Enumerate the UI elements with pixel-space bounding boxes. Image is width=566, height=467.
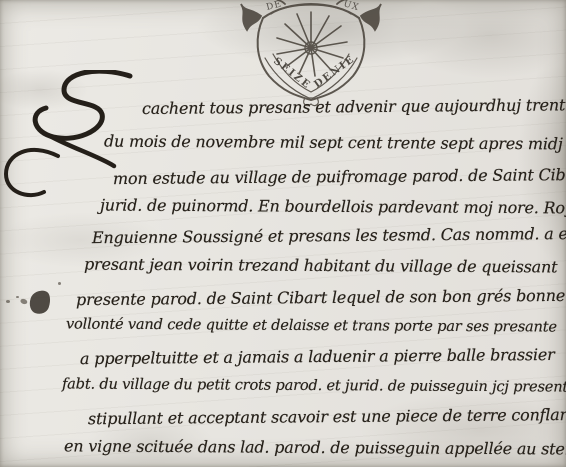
- stamp-top-left-text: DE: [265, 0, 283, 13]
- ink-speck: [58, 282, 61, 285]
- manuscript-page: DE UX SEIZE DENIE cachent tous presans e…: [0, 0, 566, 467]
- ink-speck: [6, 300, 10, 303]
- manuscript-line: mon estude au village de puifromage paro…: [113, 165, 566, 188]
- tax-stamp: DE UX SEIZE DENIE: [225, 0, 397, 110]
- manuscript-line: en vigne scituée dans lad. parod. de pui…: [64, 436, 566, 458]
- stamp-top-right-text: UX: [342, 0, 360, 13]
- manuscript-line: vollonté vand cede quitte et delaisse et…: [66, 316, 557, 336]
- manuscript-line: du mois de novembre mil sept cent trente…: [104, 132, 566, 154]
- ink-blot: [27, 287, 53, 316]
- manuscript-line: a pperpeltuitte et a jamais a laduenir a…: [80, 345, 555, 368]
- manuscript-line: Enguienne Soussigné et presans les tesmd…: [92, 224, 566, 247]
- manuscript-line: fabt. du village du petit crots parod. e…: [62, 375, 566, 395]
- manuscript-line: jurid. de puinormd. En bourdellois parde…: [100, 195, 566, 217]
- manuscript-line: presant jean voirin trezand habitant du …: [84, 255, 557, 277]
- manuscript-line: cachent tous presans et advenir que aujo…: [142, 95, 566, 118]
- stamp-seize-text: SEIZE: [271, 56, 313, 92]
- ink-speck: [16, 296, 19, 298]
- manuscript-line: stipullant et acceptant scavoir est une …: [88, 405, 566, 428]
- manuscript-line: presente parod. de Saint Cibart lequel d…: [76, 286, 565, 309]
